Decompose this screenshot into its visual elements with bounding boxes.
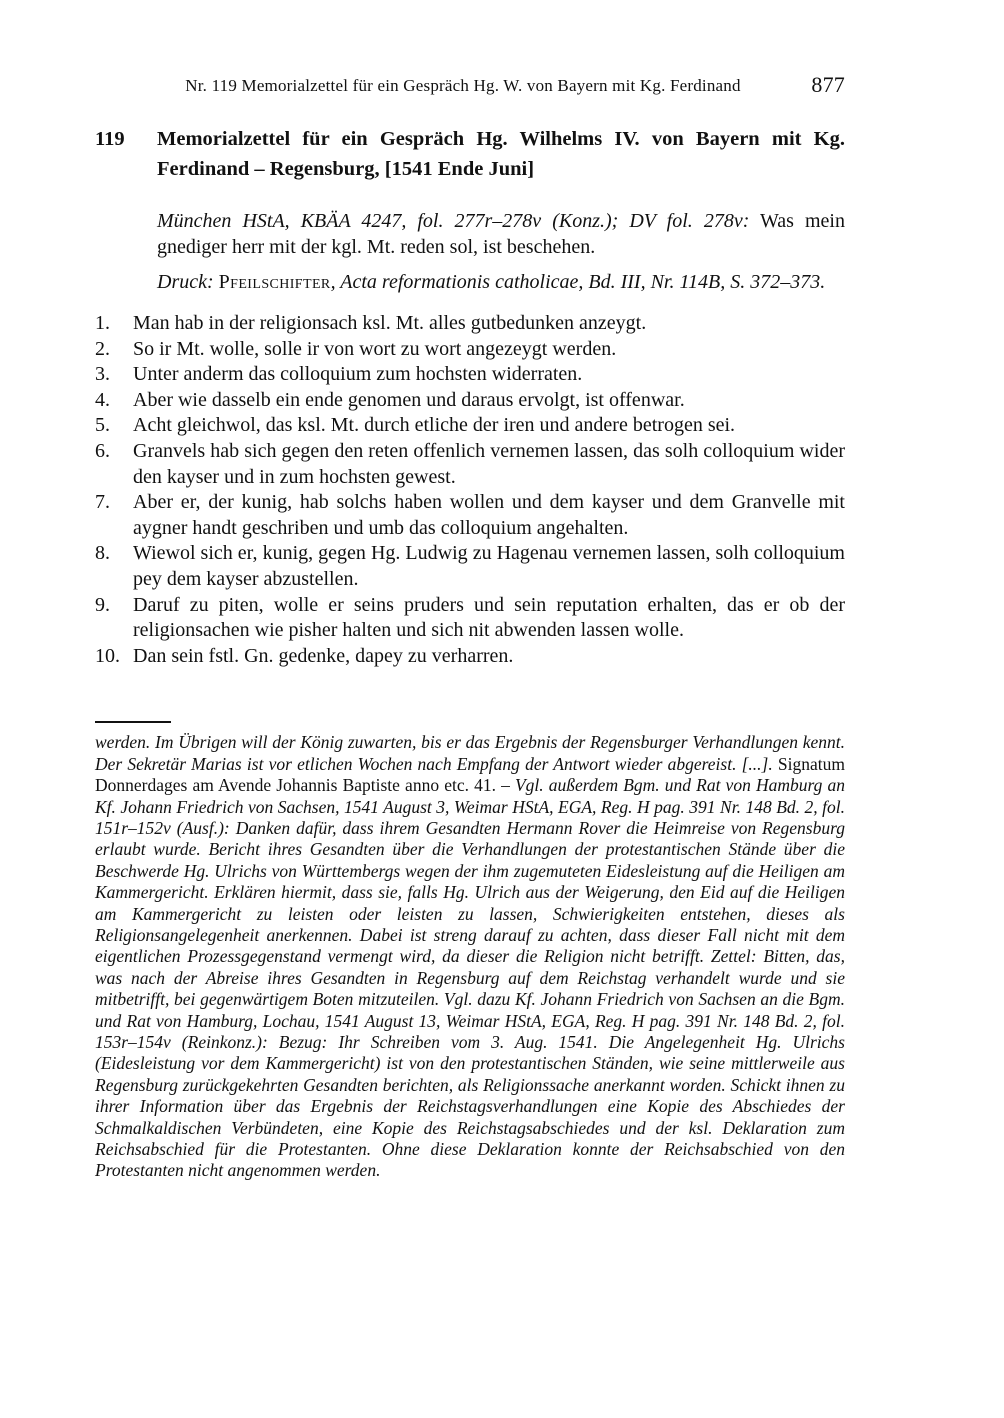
item-number: 3. [95, 362, 110, 388]
item-number: 10. [95, 644, 120, 670]
list-item: 3. Unter anderm das colloquium zum hochs… [95, 362, 845, 388]
list-item: 5. Acht gleichwol, das ksl. Mt. durch et… [95, 413, 845, 439]
list-item: 10. Dan sein fstl. Gn. gedenke, dapey zu… [95, 644, 845, 670]
list-item: 8. Wiewol sich er, kunig, gegen Hg. Ludw… [95, 541, 845, 592]
item-text: Unter anderm das colloquium zum hochsten… [133, 363, 582, 385]
print-citation: , Acta reformationis catholicae, Bd. III… [331, 271, 826, 293]
list-item: 4. Aber wie dasselb ein ende genomen und… [95, 388, 845, 414]
running-header-text: Nr. 119 Memorialzettel für ein Gespräch … [185, 76, 754, 96]
list-item: 7. Aber er, der kunig, hab solchs haben … [95, 490, 845, 541]
print-label: Druck: [157, 271, 214, 293]
list-item: 6. Granvels hab sich gegen den reten off… [95, 439, 845, 490]
item-text: Wiewol sich er, kunig, gegen Hg. Ludwig … [133, 542, 845, 590]
list-item: 9. Daruf zu piten, wolle er seins pruder… [95, 593, 845, 644]
page-number: 877 [811, 72, 845, 98]
print-author: Pfeilschifter [219, 271, 331, 293]
footnote-area: werden. Im Übrigen will der König zuwart… [95, 721, 845, 1182]
source-reference: München HStA, KBÄA 4247, fol. 277r–278v … [157, 208, 845, 295]
footnote-text: werden. Im Übrigen will der König zuwart… [95, 732, 845, 1182]
item-number: 2. [95, 337, 110, 363]
item-text: Aber wie dasselb ein ende genomen und da… [133, 389, 685, 411]
item-number: 9. [95, 593, 110, 619]
list-item: 2. So ir Mt. wolle, solle ir von wort zu… [95, 337, 845, 363]
item-text: So ir Mt. wolle, solle ir von wort zu wo… [133, 338, 616, 360]
item-number: 6. [95, 439, 110, 465]
item-text: Acht gleichwol, das ksl. Mt. durch etlic… [133, 414, 735, 436]
item-number: 1. [95, 311, 110, 337]
book-page: Nr. 119 Memorialzettel für ein Gespräch … [0, 0, 1004, 1418]
footnote-rule [95, 721, 171, 723]
list-item: 1. Man hab in der religionsach ksl. Mt. … [95, 311, 845, 337]
item-text: Dan sein fstl. Gn. gedenke, dapey zu ver… [133, 645, 513, 667]
item-text: Granvels hab sich gegen den reten offenl… [133, 440, 845, 488]
footnote-segment: – Vgl. außerdem Bgm. und Rat von Hamburg… [95, 775, 845, 1180]
item-text: Man hab in der religionsach ksl. Mt. all… [133, 312, 646, 334]
item-text: Daruf zu piten, wolle er seins pruders u… [133, 594, 845, 642]
item-number: 5. [95, 413, 110, 439]
item-number: 8. [95, 541, 110, 567]
entry-number: 119 [95, 124, 125, 154]
entry-title: Memorialzettel für ein Gespräch Hg. Wilh… [157, 124, 845, 184]
item-text: Aber er, der kunig, hab solchs haben wol… [133, 491, 845, 539]
print-reference: Druck: Pfeilschifter, Acta reformationis… [157, 269, 845, 295]
footnote-segment: werden. Im Übrigen will der König zuwart… [95, 732, 845, 773]
item-number: 4. [95, 388, 110, 414]
running-header: Nr. 119 Memorialzettel für ein Gespräch … [95, 76, 845, 102]
item-number: 7. [95, 490, 110, 516]
archive-citation: München HStA, KBÄA 4247, fol. 277r–278v … [157, 210, 749, 232]
entry-heading: 119 Memorialzettel für ein Gespräch Hg. … [95, 124, 845, 184]
archive-reference: München HStA, KBÄA 4247, fol. 277r–278v … [157, 208, 845, 260]
memorial-list: 1. Man hab in der religionsach ksl. Mt. … [95, 311, 845, 669]
document-entry: 119 Memorialzettel für ein Gespräch Hg. … [95, 124, 845, 669]
